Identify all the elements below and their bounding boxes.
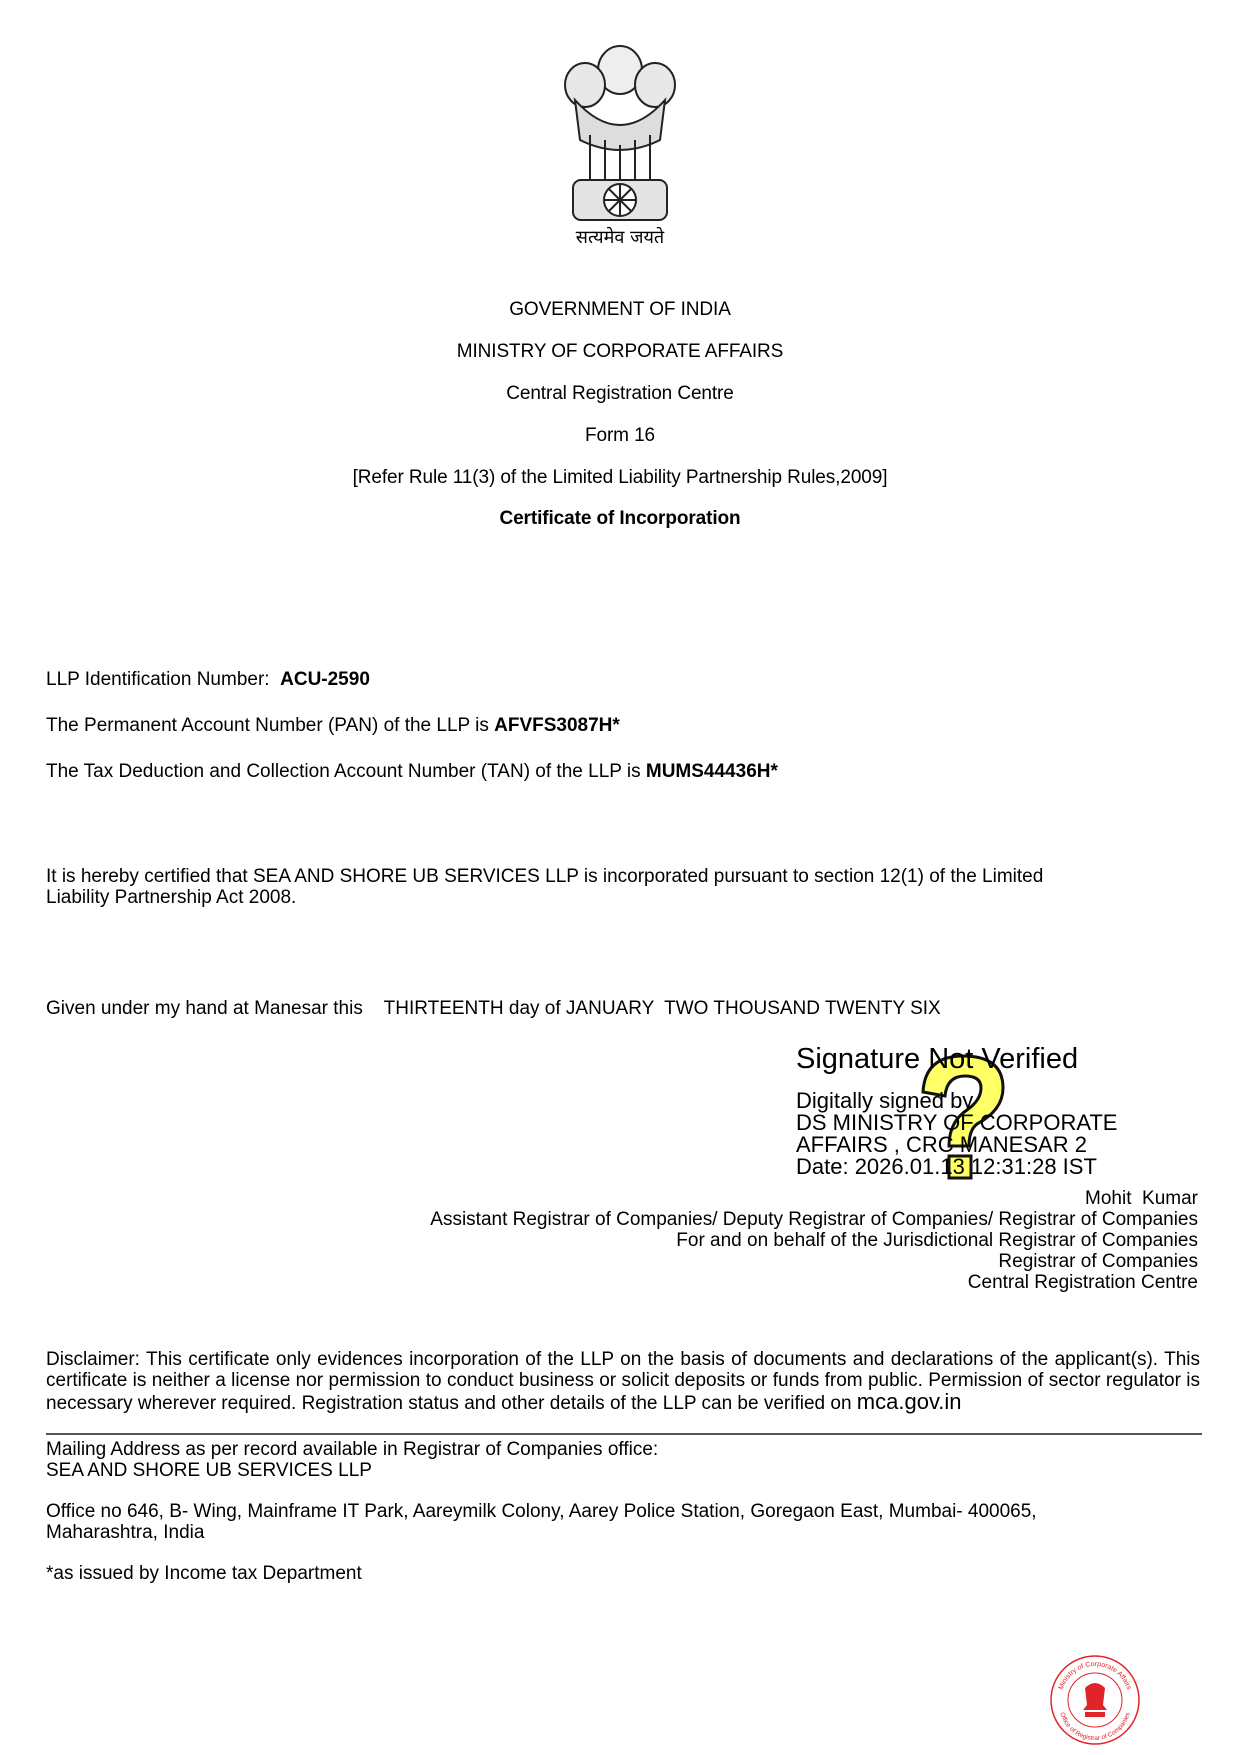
llpin-row: LLP Identification Number: ACU-2590 <box>46 669 370 691</box>
certification-line-1: It is hereby certified that SEA AND SHOR… <box>46 866 1043 887</box>
mca-link[interactable]: mca.gov.in <box>857 1389 962 1414</box>
tan-label: The Tax Deduction and Collection Account… <box>46 761 641 782</box>
signatory-name: Mohit Kumar <box>430 1188 1198 1209</box>
pan-label: The Permanent Account Number (PAN) of th… <box>46 715 489 736</box>
footnote: *as issued by Income tax Department <box>46 1563 362 1585</box>
certification-text: It is hereby certified that SEA AND SHOR… <box>46 866 1043 908</box>
signature-line-2: DS MINISTRY OF CORPORATE <box>796 1112 1117 1134</box>
tan-row: The Tax Deduction and Collection Account… <box>46 761 778 783</box>
divider <box>46 1433 1202 1435</box>
certification-line-2: Liability Partnership Act 2008. <box>46 887 1043 908</box>
signature-status: Signature Not Verified <box>796 1043 1078 1076</box>
signature-date: Date: 2026.01.13 12:31:28 IST <box>796 1156 1097 1178</box>
signatory-office: Registrar of Companies <box>430 1251 1198 1272</box>
emblem-motto: सत्यमेव जयते <box>560 225 680 249</box>
llpin-label: LLP Identification Number: <box>46 669 270 690</box>
pan-value: AFVFS3087H* <box>494 715 620 736</box>
signatory-block: Mohit Kumar Assistant Registrar of Compa… <box>430 1188 1198 1293</box>
given-prefix: Given under my hand at Manesar this <box>46 998 363 1019</box>
mailing-address-1: Office no 646, B- Wing, Mainframe IT Par… <box>46 1501 1037 1522</box>
disclaimer: Disclaimer: This certificate only eviden… <box>46 1349 1200 1414</box>
page-title: Certificate of Incorporation <box>0 508 1240 530</box>
mailing-address-lines: Office no 646, B- Wing, Mainframe IT Par… <box>46 1501 1037 1543</box>
signatory-centre: Central Registration Centre <box>430 1272 1198 1293</box>
header-form: Form 16 <box>0 425 1240 447</box>
header-centre: Central Registration Centre <box>0 383 1240 405</box>
disclaimer-text: Disclaimer: This certificate only eviden… <box>46 1349 1200 1414</box>
signatory-designation: Assistant Registrar of Companies/ Deputy… <box>430 1209 1198 1230</box>
llpin-value: ACU-2590 <box>280 669 370 690</box>
given-date-words: THIRTEENTH day of JANUARY TWO THOUSAND T… <box>384 998 941 1019</box>
mailing-company: SEA AND SHORE UB SERVICES LLP <box>46 1460 658 1481</box>
header-rule-reference: [Refer Rule 11(3) of the Limited Liabili… <box>0 467 1240 489</box>
header-government: GOVERNMENT OF INDIA <box>0 299 1240 321</box>
signature-line-1: Digitally signed by <box>796 1090 973 1112</box>
pan-row: The Permanent Account Number (PAN) of th… <box>46 715 620 737</box>
header-ministry: MINISTRY OF CORPORATE AFFAIRS <box>0 341 1240 363</box>
tan-value: MUMS44436H* <box>646 761 778 782</box>
national-emblem-icon <box>555 40 685 230</box>
signatory-behalf: For and on behalf of the Jurisdictional … <box>430 1230 1198 1251</box>
mailing-label: Mailing Address as per record available … <box>46 1439 658 1460</box>
mailing-address: Mailing Address as per record available … <box>46 1439 658 1481</box>
roc-seal-icon: Ministry of Corporate Affairs Office of … <box>1045 1650 1145 1750</box>
signature-line-3: AFFAIRS , CRC MANESAR 2 <box>796 1134 1087 1156</box>
mailing-address-2: Maharashtra, India <box>46 1522 1037 1543</box>
given-under-hand: Given under my hand at Manesar this THIR… <box>46 998 941 1020</box>
